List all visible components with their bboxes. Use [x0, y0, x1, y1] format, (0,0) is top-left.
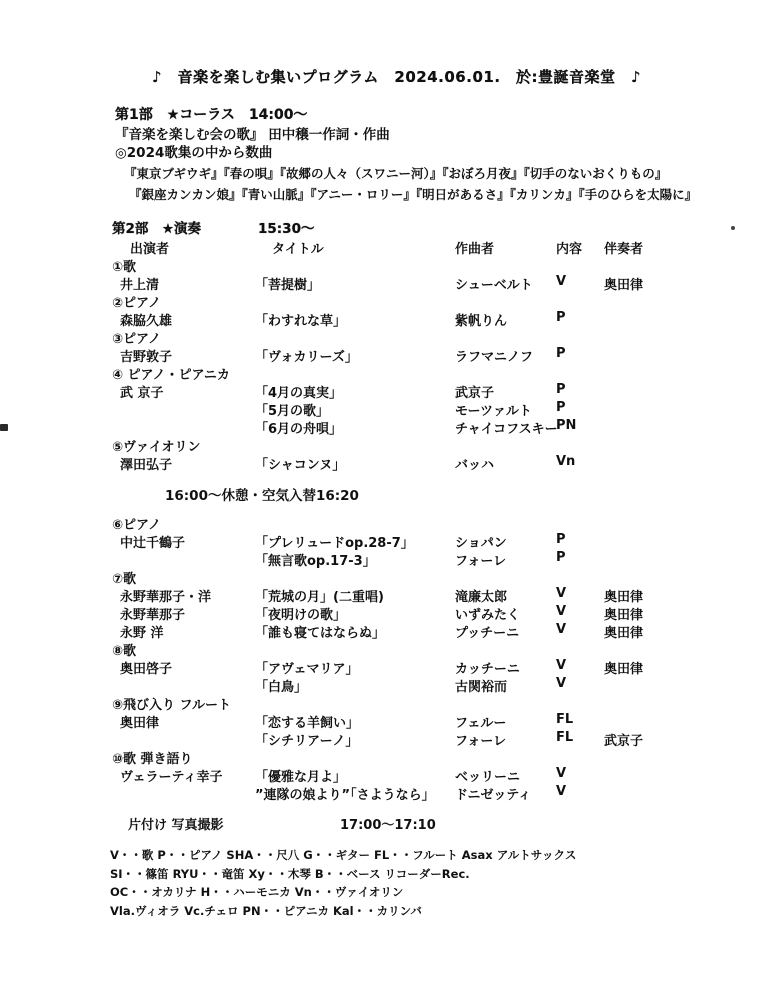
content-cell: P [556, 532, 566, 547]
title-cell: 「わすれな草」 [255, 310, 346, 329]
scan-artifact-speck [731, 226, 735, 230]
accompanist-cell: 奥田律 [604, 658, 643, 677]
composer-cell: いずみたく [455, 604, 520, 623]
composer-cell: 武京子 [455, 382, 494, 401]
content-cell: V [556, 586, 566, 601]
composer-cell: シューベルト [455, 274, 533, 293]
title-cell: 「荒城の月」(二重唱) [255, 586, 384, 605]
program-row: 「6月の舟唄」 チャイコフスキー PN [112, 418, 762, 436]
col-header-title: タイトル [272, 238, 324, 257]
part1-song-credit: 『音楽を楽しむ会の歌』 田中穣一作詞・作曲 [115, 123, 390, 143]
title-cell: 「無言歌op.17-3」 [255, 550, 376, 569]
performer-cell: ヴェラーティ幸子 [120, 766, 222, 785]
composer-cell: バッハ [455, 454, 494, 473]
group-label: ①歌 [112, 256, 762, 274]
title-cell: 「優雅な月よ」 [255, 766, 346, 785]
accompanist-cell: 奥田律 [604, 586, 643, 605]
performer-cell: 井上清 [120, 274, 159, 293]
content-cell: Vn [556, 454, 575, 469]
program-row: 永野華那子・洋 「荒城の月」(二重唱) 滝廉太郎 V 奥田律 [112, 586, 762, 604]
composer-cell: プッチーニ [455, 622, 519, 641]
performer-cell: 奥田律 [120, 712, 159, 731]
part1-song-list-line1: 『東京ブギウギ』『春の唄』『故郷の人々（スワニー河）』『おぼろ月夜』『切手のない… [124, 164, 667, 182]
content-cell: FL [556, 730, 573, 745]
performer-cell: 中辻千鶴子 [120, 532, 185, 551]
content-cell: V [556, 622, 566, 637]
performer-cell: 澤田弘子 [120, 454, 172, 473]
title-cell: 「菩提樹」 [255, 274, 320, 293]
program-row: 武 京子 「4月の真実」 武京子 P [112, 382, 762, 400]
performer-cell: 奥田啓子 [120, 658, 172, 677]
program-row: 永野 洋 「誰も寝てはならぬ」 プッチーニ V 奥田律 [112, 622, 762, 640]
part1-heading: 第1部 ★コーラス 14:00～ [115, 104, 307, 124]
content-cell: P [556, 346, 566, 361]
content-cell: V [556, 784, 566, 799]
program-row: 中辻千鶴子 「プレリュードop.28-7」 ショパン P [112, 532, 762, 550]
closing-line: 片付け 写真撮影 17:00～17:10 [112, 814, 762, 832]
col-header-performer: 出演者 [130, 238, 169, 257]
accompanist-cell: 奥田律 [604, 274, 643, 293]
performer-cell: 永野 洋 [120, 622, 164, 641]
composer-cell: ベッリーニ [455, 766, 520, 785]
composer-cell: モーツァルト [455, 400, 532, 419]
program-row: 「5月の歌」 モーツァルト P [112, 400, 762, 418]
group-label: ⑩歌 弾き語り [112, 748, 762, 766]
accompanist-cell: 奥田律 [604, 622, 643, 641]
content-cell: V [556, 274, 566, 289]
part1-song-list-line2: 『銀座カンカン娘』『青い山脈』『アニー・ロリー』『明日があるさ』『カリンカ』『手… [129, 185, 697, 203]
program-row: 「シチリアーノ」 フォーレ FL 武京子 [112, 730, 762, 748]
program-row: 井上清 「菩提樹」 シューベルト V 奥田律 [112, 274, 762, 292]
composer-cell: 古関裕而 [455, 676, 507, 695]
part1-note: ◎2024歌集の中から数曲 [115, 141, 272, 161]
content-cell: PN [556, 418, 576, 433]
content-cell: FL [556, 712, 573, 727]
title-cell: 「恋する羊飼い」 [255, 712, 359, 731]
title-cell: 「白鳥」 [255, 676, 307, 695]
program-row: ヴェラーティ幸子 「優雅な月よ」 ベッリーニ V [112, 766, 762, 784]
program-row: 「白鳥」 古関裕而 V [112, 676, 762, 694]
group-label: ⑤ヴァイオリン [112, 436, 762, 454]
program-row: 澤田弘子 「シャコンヌ」 バッハ Vn [112, 454, 762, 472]
performer-cell: 永野華那子 [120, 604, 185, 623]
group-label: ③ピアノ [112, 328, 762, 346]
intermission-line: 16:00～休憩・空気入替16:20 [112, 484, 762, 502]
title-cell: 「4月の真実」 [255, 382, 342, 401]
program-row: 吉野敦子 「ヴォカリーズ」 ラフマニノフ P [112, 346, 762, 364]
composer-cell: フォーレ [455, 550, 506, 569]
composer-cell: フェルー [455, 712, 506, 731]
program-row: 奥田啓子 「アヴェマリア」 カッチーニ V 奥田律 [112, 658, 762, 676]
part2-heading-label: 第2部 ★演奏 [112, 217, 201, 237]
content-cell: P [556, 400, 566, 415]
col-header-content: 内容 [556, 238, 582, 257]
program-row: 奥田律 「恋する羊飼い」 フェルー FL [112, 712, 762, 730]
content-cell: V [556, 766, 566, 781]
title-cell: 「6月の舟唄」 [255, 418, 342, 437]
scanned-program-page: ♪ 音楽を楽しむ集いプログラム 2024.06.01. 於:豊誕音楽堂 ♪ 第1… [0, 0, 772, 998]
part2-heading: 第2部 ★演奏 15:30～ [112, 217, 201, 237]
title-cell: 「ヴォカリーズ」 [255, 346, 358, 365]
content-cell: P [556, 382, 566, 397]
closing-label: 片付け 写真撮影 [128, 814, 224, 833]
table-header-row: 出演者 タイトル 作曲者 内容 伴奏者 [112, 238, 762, 256]
group-label: ⑥ピアノ [112, 514, 762, 532]
content-cell: V [556, 604, 566, 619]
legend-line-2: SI・・篠笛 RYU・・竜笛 Xy・・木琴 B・・ベース リコーダーRec. [110, 865, 576, 884]
closing-time: 17:00～17:10 [340, 814, 436, 833]
group-label: ⑧歌 [112, 640, 762, 658]
part2-start-time: 15:30～ [258, 217, 314, 237]
title-cell: 「アヴェマリア」 [255, 658, 358, 677]
group-label: ⑨飛び入り フルート [112, 694, 762, 712]
scan-artifact-dash [0, 424, 8, 431]
content-cell: P [556, 310, 566, 325]
title-cell: 「5月の歌」 [255, 400, 329, 419]
accompanist-cell: 奥田律 [604, 604, 643, 623]
page-title: ♪ 音楽を楽しむ集いプログラム 2024.06.01. 於:豊誕音楽堂 ♪ [152, 66, 641, 87]
title-cell: ”連隊の娘より”「さようなら」 [255, 784, 435, 803]
performer-cell: 森脇久雄 [120, 310, 172, 329]
program-row: ”連隊の娘より”「さようなら」 ドニゼッティ V [112, 784, 762, 802]
group-label: ②ピアノ [112, 292, 762, 310]
content-cell: P [556, 550, 566, 565]
performer-cell: 武 京子 [120, 382, 164, 401]
performer-cell: 吉野敦子 [120, 346, 172, 365]
program-row: 森脇久雄 「わすれな草」 紫帆りん P [112, 310, 762, 328]
program-row: 永野華那子 「夜明けの歌」 いずみたく V 奥田律 [112, 604, 762, 622]
legend-line-3: OC・・オカリナ H・・ハーモニカ Vn・・ヴァイオリン [110, 883, 576, 902]
legend-line-1: V・・歌 P・・ピアノ SHA・・尺八 G・・ギター FL・・フルート Asax… [110, 846, 576, 865]
composer-cell: 滝廉太郎 [455, 586, 507, 605]
title-cell: 「プレリュードop.28-7」 [255, 532, 414, 551]
legend-line-4: Vla.ヴィオラ Vc.チェロ PN・・ピアニカ Kal・・カリンバ [110, 902, 576, 921]
composer-cell: 紫帆りん [455, 310, 507, 329]
program-table: 出演者 タイトル 作曲者 内容 伴奏者 ①歌 井上清 「菩提樹」 シューベルト … [112, 238, 762, 832]
composer-cell: ドニゼッティ [455, 784, 531, 803]
program-row: 「無言歌op.17-3」 フォーレ P [112, 550, 762, 568]
content-cell: V [556, 676, 566, 691]
col-header-accompanist: 伴奏者 [604, 238, 643, 257]
composer-cell: ラフマニノフ [455, 346, 533, 365]
performer-cell: 永野華那子・洋 [120, 586, 211, 605]
composer-cell: チャイコフスキー [455, 418, 558, 437]
title-cell: 「シチリアーノ」 [255, 730, 358, 749]
title-cell: 「夜明けの歌」 [255, 604, 346, 623]
col-header-composer: 作曲者 [455, 238, 494, 257]
composer-cell: カッチーニ [455, 658, 520, 677]
title-cell: 「誰も寝てはならぬ」 [255, 622, 385, 641]
group-label: ④ ピアノ・ピアニカ [112, 364, 762, 382]
vertical-gap [112, 472, 762, 484]
group-label: ⑦歌 [112, 568, 762, 586]
vertical-gap [112, 802, 762, 814]
content-cell: V [556, 658, 566, 673]
composer-cell: フォーレ [455, 730, 506, 749]
abbreviation-legend: V・・歌 P・・ピアノ SHA・・尺八 G・・ギター FL・・フルート Asax… [110, 846, 576, 920]
title-cell: 「シャコンヌ」 [255, 454, 345, 473]
accompanist-cell: 武京子 [604, 730, 643, 749]
composer-cell: ショパン [455, 532, 507, 551]
